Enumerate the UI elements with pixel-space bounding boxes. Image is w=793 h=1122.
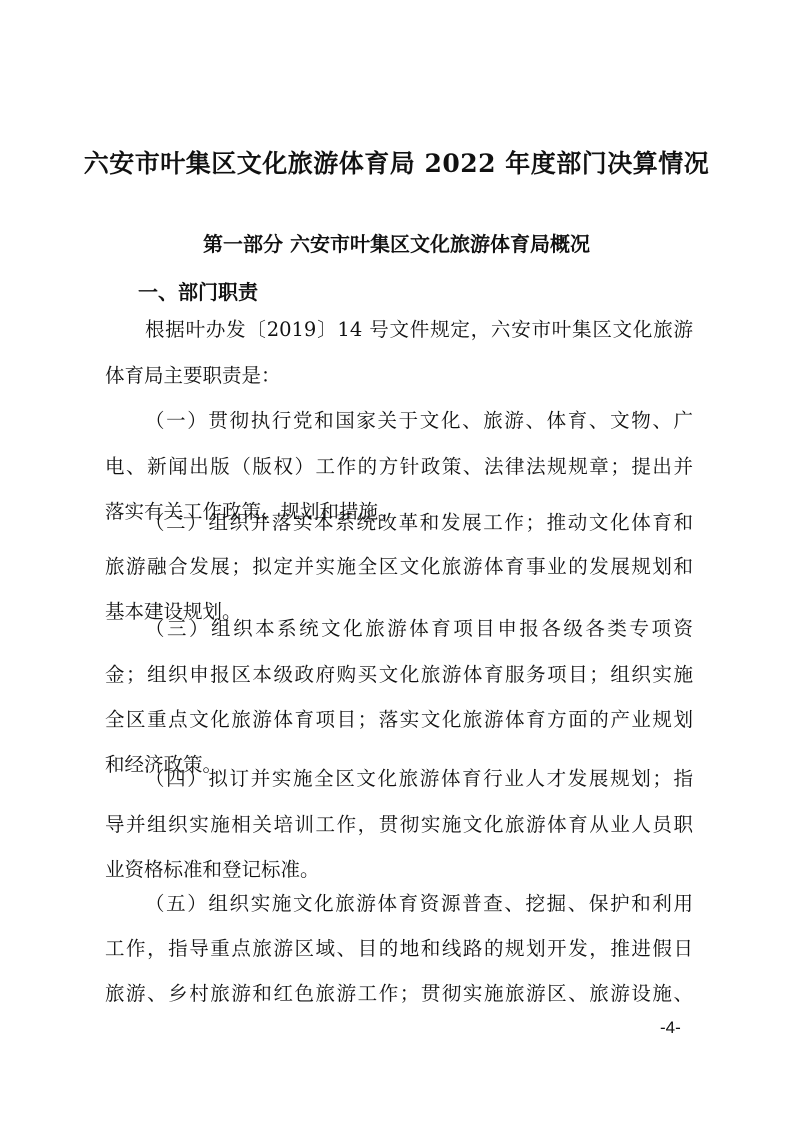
part-title: 第一部分 六安市叶集区文化旅游体育局概况 xyxy=(0,229,793,259)
paragraph-line: （一）贯彻执行党和国家关于文化、旅游、体育、文物、广 xyxy=(145,406,693,436)
paragraph-line: 金；组织申报区本级政府购买文化旅游体育服务项目；组织实施 xyxy=(105,660,693,690)
paragraph-line: 工作，指导重点旅游区域、目的地和线路的规划开发，推进假日 xyxy=(105,934,693,964)
paragraph-line: （四）拟订并实施全区文化旅游体育行业人才发展规划；指 xyxy=(145,764,693,794)
document-page: 六安市叶集区文化旅游体育局 2022 年度部门决算情况 第一部分 六安市叶集区文… xyxy=(0,0,793,1122)
paragraph-line: 体育局主要职责是： xyxy=(105,361,693,391)
paragraph-line: （二）组织并落实本系统改革和发展工作；推动文化体育和 xyxy=(145,508,693,538)
paragraph-line: 导并组织实施相关培训工作，贯彻实施文化旅游体育从业人员职 xyxy=(105,810,693,840)
paragraph-line: 电、新闻出版（版权）工作的方针政策、法律法规规章；提出并 xyxy=(105,452,693,482)
paragraph-line: 根据叶办发〔2019〕14 号文件规定，六安市叶集区文化旅游 xyxy=(145,315,693,345)
paragraph-line: 旅游、乡村旅游和红色旅游工作；贯彻实施旅游区、旅游设施、 xyxy=(105,979,693,1009)
page-number: -4- xyxy=(660,1016,681,1040)
paragraph-line: 全区重点文化旅游体育项目；落实文化旅游体育方面的产业规划 xyxy=(105,705,693,735)
section-heading: 一、部门职责 xyxy=(138,277,258,307)
paragraph-line: 业资格标准和登记标准。 xyxy=(105,855,693,885)
paragraph-line: （三）组织本系统文化旅游体育项目申报各级各类专项资 xyxy=(145,614,693,644)
document-title: 六安市叶集区文化旅游体育局 2022 年度部门决算情况 xyxy=(0,146,793,182)
paragraph-line: 旅游融合发展；拟定并实施全区文化旅游体育事业的发展规划和 xyxy=(105,552,693,582)
paragraph-line: （五）组织实施文化旅游体育资源普查、挖掘、保护和利用 xyxy=(145,889,693,919)
